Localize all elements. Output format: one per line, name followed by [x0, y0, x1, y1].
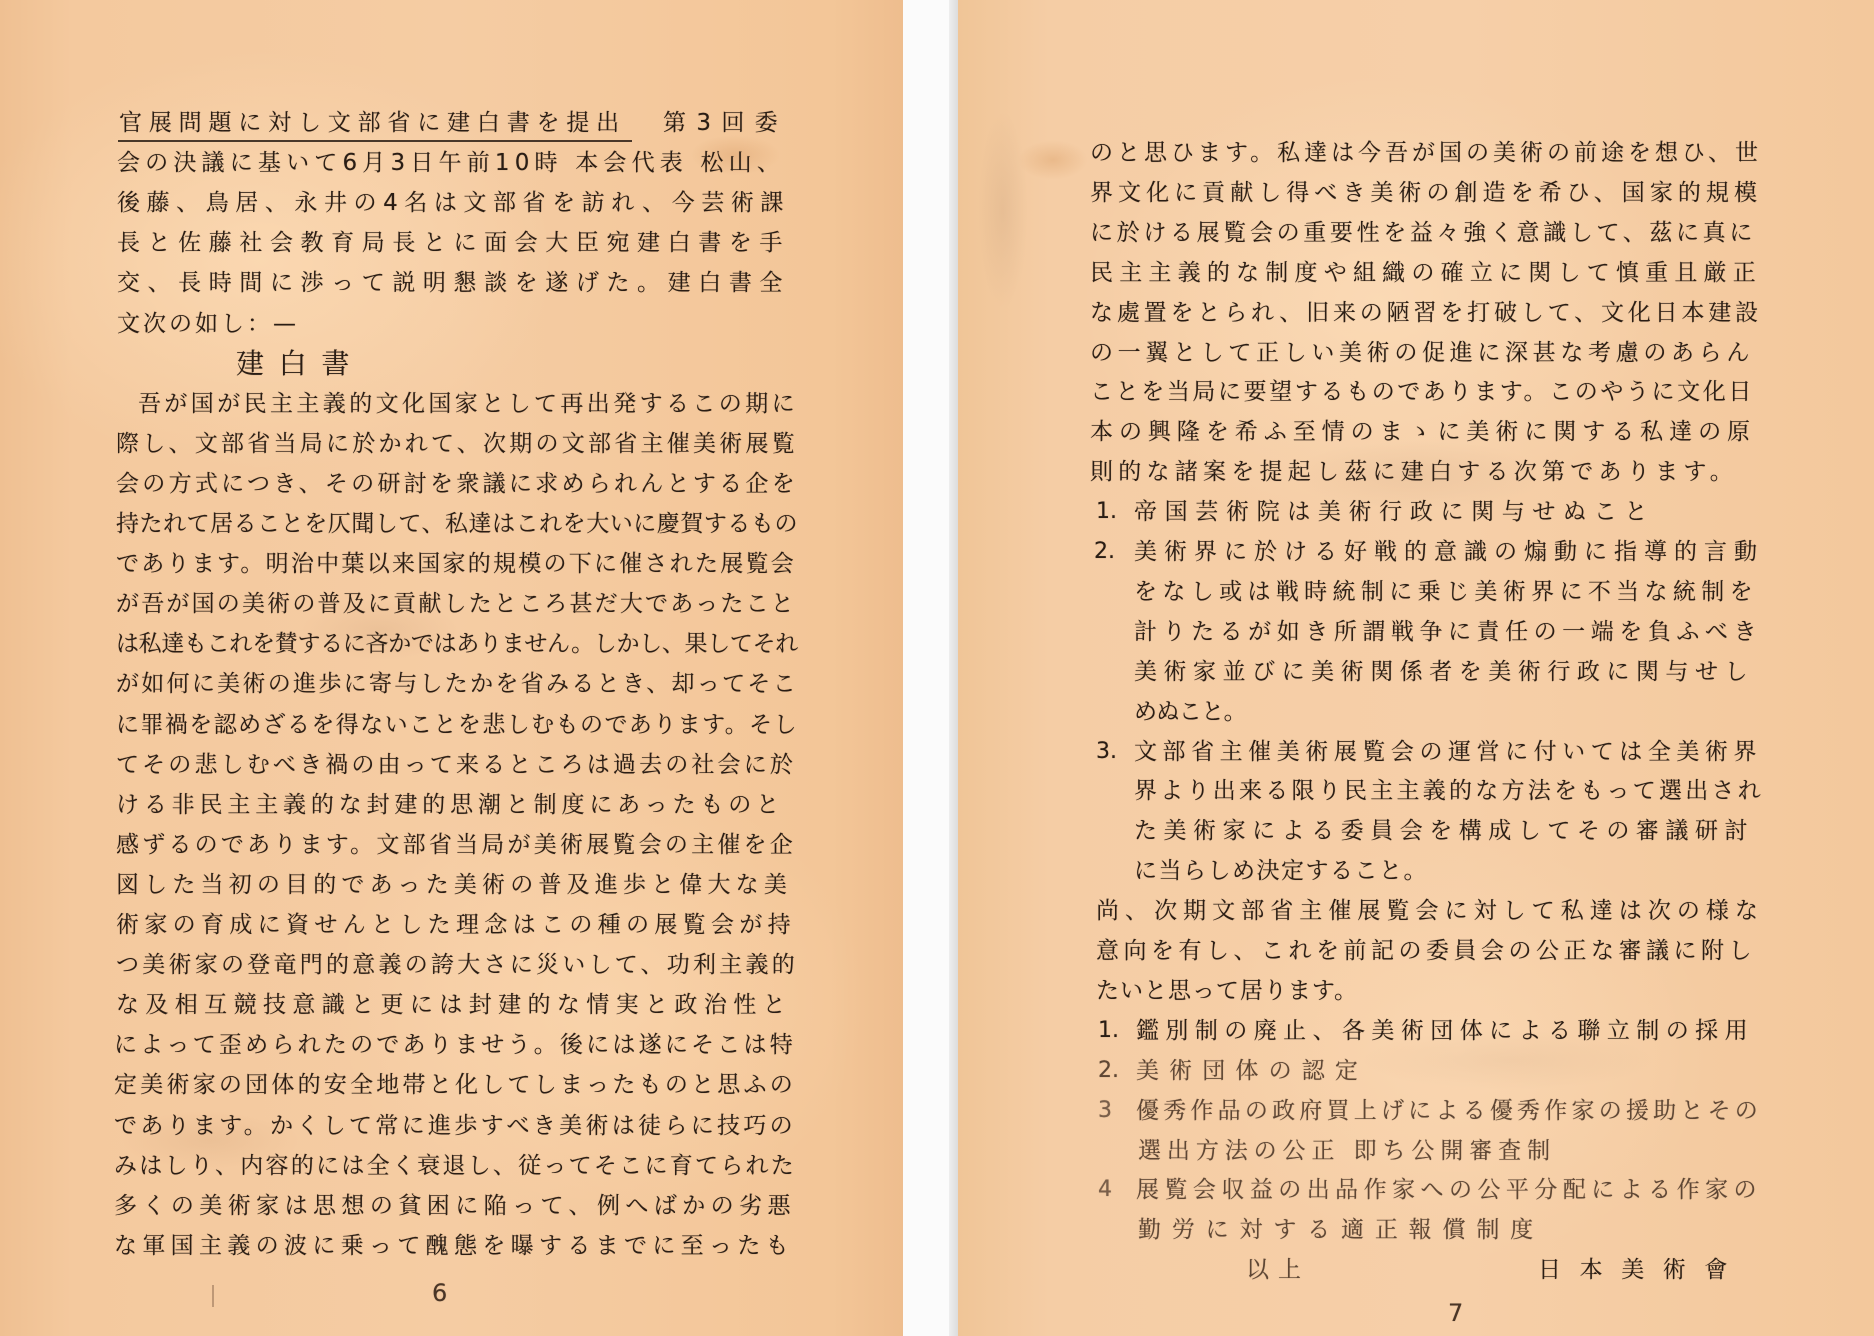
- note-line: 尚、次期文部省主催展覧会に対して私達は次の様な: [1096, 896, 1764, 926]
- document-title: 建白書: [236, 347, 364, 381]
- list-item-line: 美術団体の認定: [1136, 1056, 1368, 1086]
- list-item-line: めぬこと。: [1134, 697, 1246, 727]
- list-item-line: 鑑別制の廃止、各美術団体による聯立制の採用: [1136, 1016, 1754, 1046]
- page-gap: [903, 0, 949, 1336]
- intro-line: 後藤、鳥居、永井の4名は文部省を訪れ、今芸術課: [117, 188, 790, 218]
- intro-line: 会の決議に基いて6月3日午前10時 本会代表 松山、: [117, 148, 785, 178]
- list-item-line: 界より出来る限り民主主義的な方法をもって選出され: [1134, 776, 1764, 806]
- list-marker: 4: [1098, 1175, 1122, 1205]
- paper-stain: [1018, 140, 1088, 180]
- body-line: 定美術家の団体的安全地帯と化してしまったものと思ふの: [114, 1070, 796, 1100]
- body-line: 界文化に貢献し得べき美術の創造を希ひ、国家的規模: [1090, 178, 1762, 208]
- list-item-line: 優秀作品の政府買上げによる優秀作家の援助とその: [1136, 1096, 1762, 1126]
- signature: 日本美術會: [1538, 1255, 1746, 1285]
- page-gap-shadow: [949, 0, 958, 1336]
- list-item-line: 勤労に対する適正報償制度: [1138, 1215, 1544, 1245]
- page-left: 官展問題に対し文部省に建白書を提出 第3回委 会の決議に基いて6月3日午前10時…: [0, 0, 903, 1336]
- list-marker: 1.: [1096, 497, 1120, 527]
- body-line: な軍国主義の波に乗って醜態を曝するまでに至ったも: [114, 1231, 794, 1261]
- note-line: たいと思って居ります。: [1096, 976, 1358, 1006]
- list-item-line: 計りたるが如き所謂戦争に責任の一端を負ふべき: [1134, 617, 1762, 647]
- body-line: ことを当局に要望するものであります。このやうに文化日: [1090, 377, 1754, 407]
- body-line: によって歪められたのでありませう。後には遂にそこは特: [114, 1030, 796, 1060]
- body-line: 吾が国が民主主義的文化国家として再出発するこの期に: [138, 389, 798, 419]
- body-line: な處置をとられ、旧来の陋習を打破して、文化日本建設: [1090, 298, 1762, 328]
- body-line: の一翼として正しい美術の促進に深甚な考慮のあらん: [1090, 338, 1754, 368]
- list-item-line: をなし或は戦時統制に乗じ美術界に不当な統制を: [1134, 577, 1758, 607]
- page-right: のと思ひます。私達は今吾が国の美術の前途を想ひ、世 界文化に貢献し得べき美術の創…: [958, 0, 1874, 1336]
- pencil-tick-mark: [212, 1285, 214, 1307]
- body-line: 術家の育成に資せんとした理念はこの種の展覧会が持: [116, 910, 796, 940]
- list-item-line: た美術家による委員会を構成してその審議研討: [1134, 816, 1754, 846]
- body-line: 際し、文部省当局に於かれて、次期の文部省主催美術展覧: [116, 429, 798, 459]
- body-line: に罪禍を認めざるを得ないことを悲しむものであります。そし: [116, 710, 798, 740]
- heading-continuation: 第3回委: [663, 108, 788, 138]
- note-line: 意向を有し、これを前記の委員会の公正な審議に附し: [1096, 936, 1756, 966]
- list-item-line: 美術界に於ける好戦的意識の煽動に指導的言動: [1134, 537, 1764, 567]
- body-line: 多くの美術家は思想の貧困に陥って、例へばかの劣悪: [114, 1191, 796, 1221]
- body-line: 本の興隆を希ふ至情のまゝに美術に関する私達の原: [1090, 417, 1756, 447]
- list-item-line: 展覧会収益の出品作家への公平分配による作家の: [1136, 1175, 1762, 1205]
- body-line: に於ける展覧会の重要性を益々強く意識して、茲に真に: [1090, 218, 1756, 248]
- body-line: 感ずるのであります。文部省当局が美術展覧会の主催を企: [116, 830, 796, 860]
- body-line: のと思ひます。私達は今吾が国の美術の前途を想ひ、世: [1090, 138, 1762, 168]
- list-item-line: 選出方法の公正 即ち公開審査制: [1138, 1136, 1556, 1166]
- list-marker: 2.: [1098, 1056, 1122, 1086]
- page-number: 6: [432, 1278, 452, 1308]
- list-marker: 1.: [1098, 1016, 1122, 1046]
- body-line: 民主主義的な制度や組織の確立に関して慎重且厳正: [1090, 258, 1762, 288]
- list-item-line: 帝国芸術院は美術行政に関与せぬこと: [1134, 497, 1655, 527]
- body-line: ける非民主主義的な封建的思潮と制度にあったものと: [116, 790, 784, 820]
- body-line: 持たれて居ることを仄聞して、私達はこれを大いに慶賀するもの: [116, 509, 798, 539]
- closing-text: 以上: [1246, 1255, 1310, 1285]
- intro-line: 文次の如し：—: [117, 309, 299, 339]
- body-line: てその悲しむべき禍の由って来るところは過去の社会に於: [116, 750, 796, 780]
- list-marker: 3.: [1096, 737, 1120, 767]
- intro-line: 交、長時間に渉って説明懇談を遂げた。建白書全: [117, 268, 790, 298]
- list-item-line: 美術家並びに美術関係者を美術行政に関与せし: [1134, 657, 1754, 687]
- list-marker: 2.: [1094, 537, 1118, 567]
- list-marker: 3: [1098, 1096, 1122, 1126]
- list-item-line: 文部省主催美術展覧会の運営に付いては全美術界: [1134, 737, 1762, 767]
- heading-text: 官展問題に対し文部省に建白書を提出: [119, 108, 626, 138]
- body-line: な及相互競技意識と更には封建的な情実と政治性と: [116, 990, 792, 1020]
- body-line: 会の方式につき、その研討を衆議に求められんとする企を: [116, 469, 798, 499]
- body-line: が如何に美術の進歩に寄与したかを省みるとき、却ってそこ: [116, 669, 798, 699]
- body-line: であります。かくして常に進歩すべき美術は徒らに技巧の: [114, 1111, 796, 1141]
- intro-line: 長と佐藤社会教育局長とに面会大臣宛建白書を手: [117, 228, 790, 258]
- heading-underline: [118, 140, 632, 142]
- list-item-line: に当らしめ決定すること。: [1134, 856, 1428, 886]
- body-line: みはしり、内容的には全く衰退し、従ってそこに育てられた: [114, 1151, 796, 1181]
- body-line: であります。明治中葉以来国家的規模の下に催された展覧会: [116, 549, 796, 579]
- body-line: は私達もこれを賛するに吝かではありません。しかし、果してそれ: [116, 629, 798, 659]
- body-line: 図した当初の目的であった美術の普及進歩と偉大な美: [116, 870, 792, 900]
- body-line: 則的な諸案を提起し茲に建白する次第であります。: [1090, 457, 1738, 487]
- bleed-through-marks: [978, 110, 1028, 310]
- body-line: が吾が国の美術の普及に貢献したところ甚だ大であったこと: [116, 589, 796, 619]
- page-number: 7: [1448, 1298, 1468, 1328]
- body-line: つ美術家の登竜門的意義の誇大さに災いして、功利主義的: [116, 950, 798, 980]
